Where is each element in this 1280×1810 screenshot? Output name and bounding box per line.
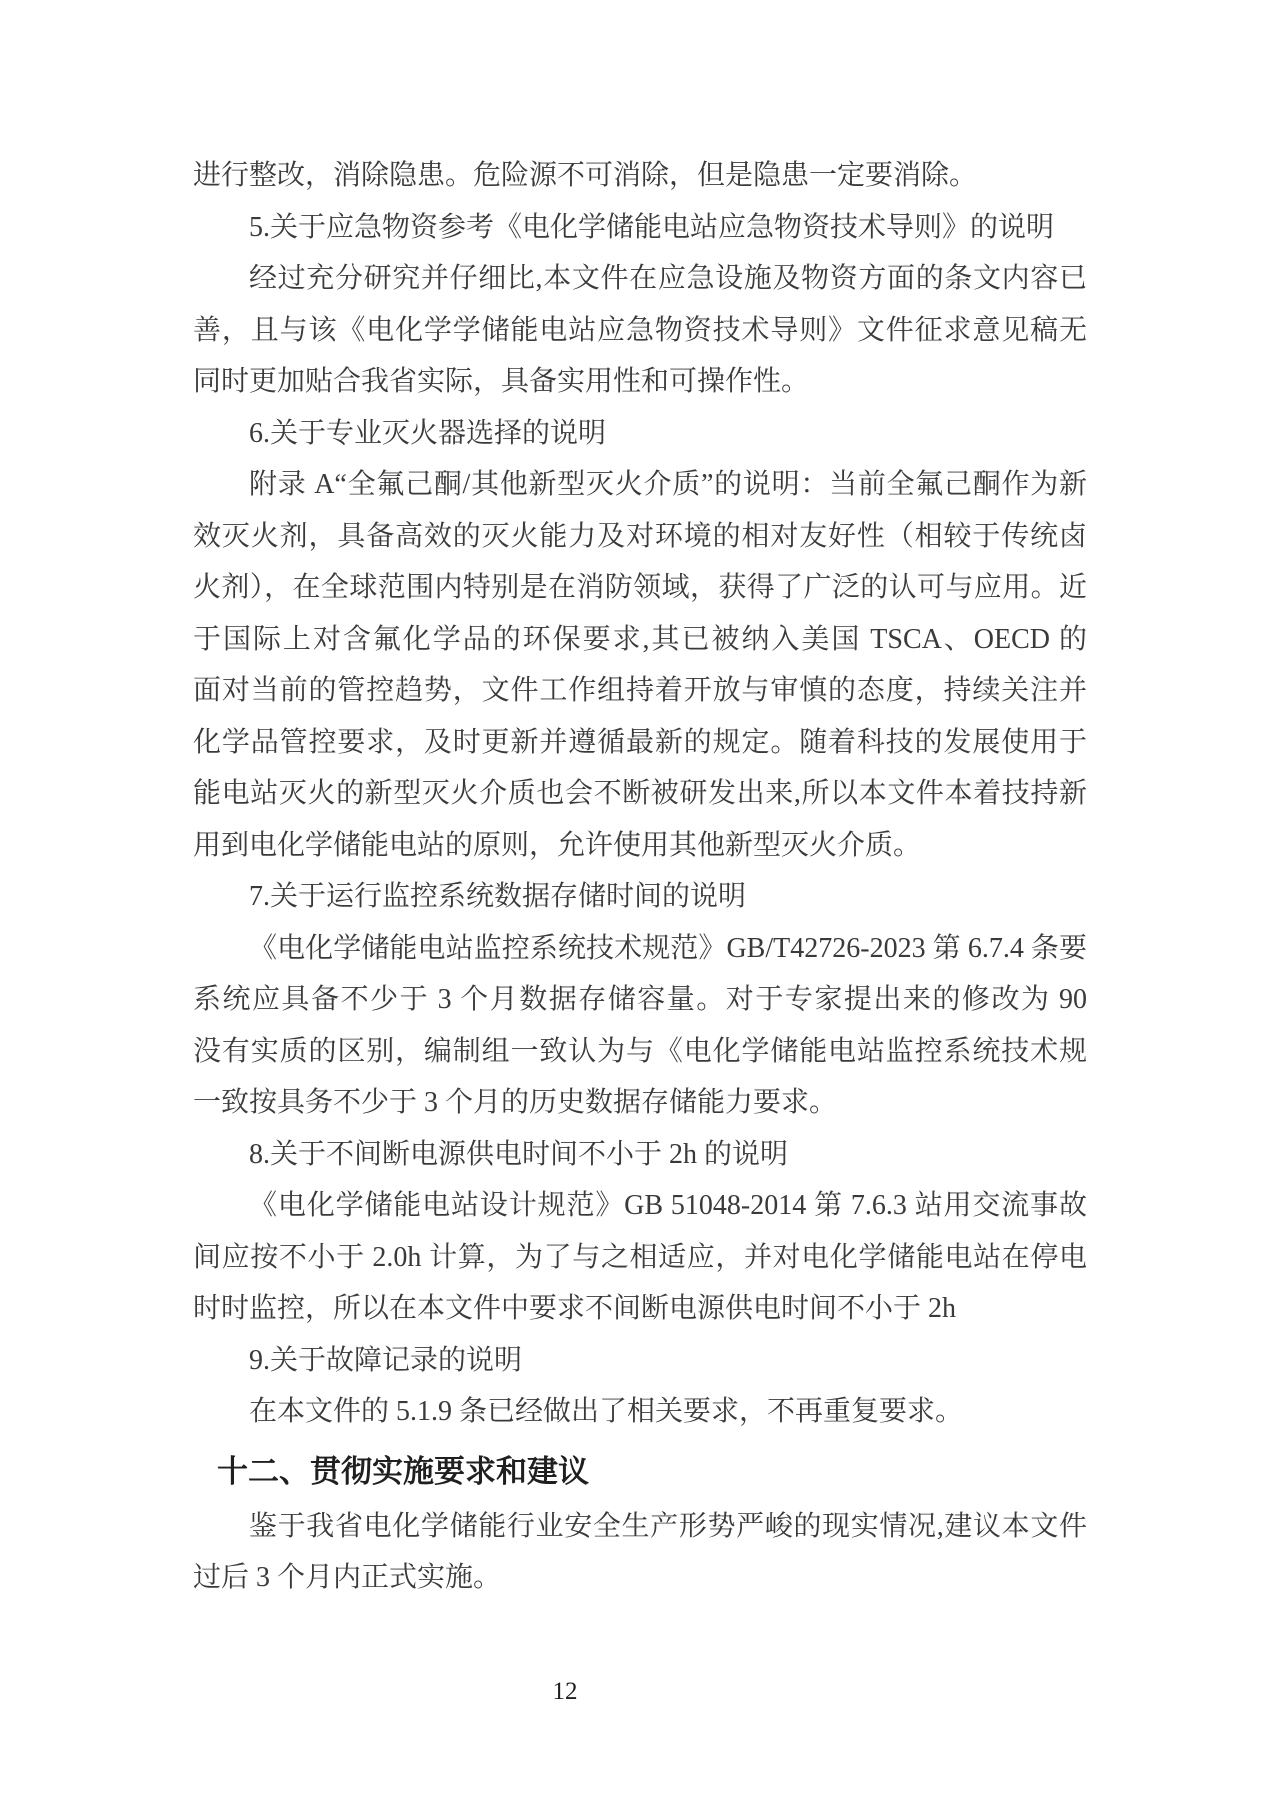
text-line: 过后 3 个月内正式实施。 (193, 1552, 1087, 1604)
text-line: 8.关于不间断电源供电时间不小于 2h 的说明 (193, 1129, 1087, 1181)
text-line: 系统应具备不少于 3 个月数据存储容量。对于专家提出来的修改为 90 天，两者 (193, 974, 1087, 1026)
text-line: 于国际上对含氟化学品的环保要求,其已被纳入美国 TSCA、OECD 的 PFAS… (193, 614, 1087, 666)
text-line: 效灭火剂，具备高效的灭火能力及对环境的相对友好性（相较于传统卤代烷烃灭 (193, 511, 1087, 563)
text-line: 没有实质的区别，编制组一致认为与《电化学储能电站监控系统技术规范》要求 (193, 1026, 1087, 1078)
text-line: 经过充分研究并仔细比,本文件在应急设施及物资方面的条文内容已较为完 (193, 253, 1087, 305)
text-line: 附录 A“全氟己酮/其他新型灭火介质”的说明：当前全氟己酮作为新型高 (193, 459, 1087, 511)
text-line: 在本文件的 5.1.9 条已经做出了相关要求，不再重复要求。 (193, 1386, 1087, 1438)
text-line: 同时更加贴合我省实际，具备实用性和可操作性。 (193, 356, 1087, 408)
text-line: 《电化学储能电站监控系统技术规范》GB/T42726-2023 第 6.7.4 … (193, 923, 1087, 975)
text-line: 6.关于专业灭火器选择的说明 (193, 408, 1087, 460)
text-line: 善，且与该《电化学学储能电站应急物资技术导则》文件征求意见稿无明显区别， (193, 305, 1087, 357)
text-line: 一致按具务不少于 3 个月的历史数据存储能力要求。 (193, 1077, 1087, 1129)
text-line: 时时监控，所以在本文件中要求不间断电源供电时间不小于 2h (193, 1283, 1087, 1335)
text-line: 化学品管控要求，及时更新并遵循最新的规定。随着科技的发展使用于电化学储 (193, 717, 1087, 769)
text-line: 9.关于故障记录的说明 (193, 1335, 1087, 1387)
text-line: 鉴于我省电化学储能行业安全生产形势严峻的现实情况,建议本文件报批通 (193, 1501, 1087, 1553)
text-line: 进行整改，消除隐患。危险源不可消除，但是隐患一定要消除。 (193, 150, 1087, 202)
page-number: 12 (0, 1678, 1130, 1706)
document-body: 进行整改，消除隐患。危险源不可消除，但是隐患一定要消除。5.关于应急物资参考《电… (193, 150, 1087, 1604)
section-heading: 十二、贯彻实施要求和建议 (193, 1444, 1087, 1500)
text-line: 《电化学储能电站设计规范》GB 51048-2014 第 7.6.3 站用交流事… (193, 1180, 1087, 1232)
text-line: 能电站灭火的新型灭火介质也会不断被研发出来,所以本文件本着技持新技术应 (193, 768, 1087, 820)
document-page: 进行整改，消除隐患。危险源不可消除，但是隐患一定要消除。5.关于应急物资参考《电… (0, 0, 1280, 1810)
text-line: 7.关于运行监控系统数据存储时间的说明 (193, 871, 1087, 923)
text-line: 火剂），在全球范围内特别是在消防领域，获得了广泛的认可与应用。近年来由 (193, 562, 1087, 614)
text-line: 间应按不小于 2.0h 计算，为了与之相适应，并对电化学储能电站在停电时进行 (193, 1232, 1087, 1284)
text-line: 5.关于应急物资参考《电化学储能电站应急物资技术导则》的说明 (193, 202, 1087, 254)
text-line: 面对当前的管控趋势，文件工作组持着开放与审慎的态度，持续关注并响应国际 (193, 665, 1087, 717)
text-line: 用到电化学储能电站的原则，允许使用其他新型灭火介质。 (193, 820, 1087, 872)
